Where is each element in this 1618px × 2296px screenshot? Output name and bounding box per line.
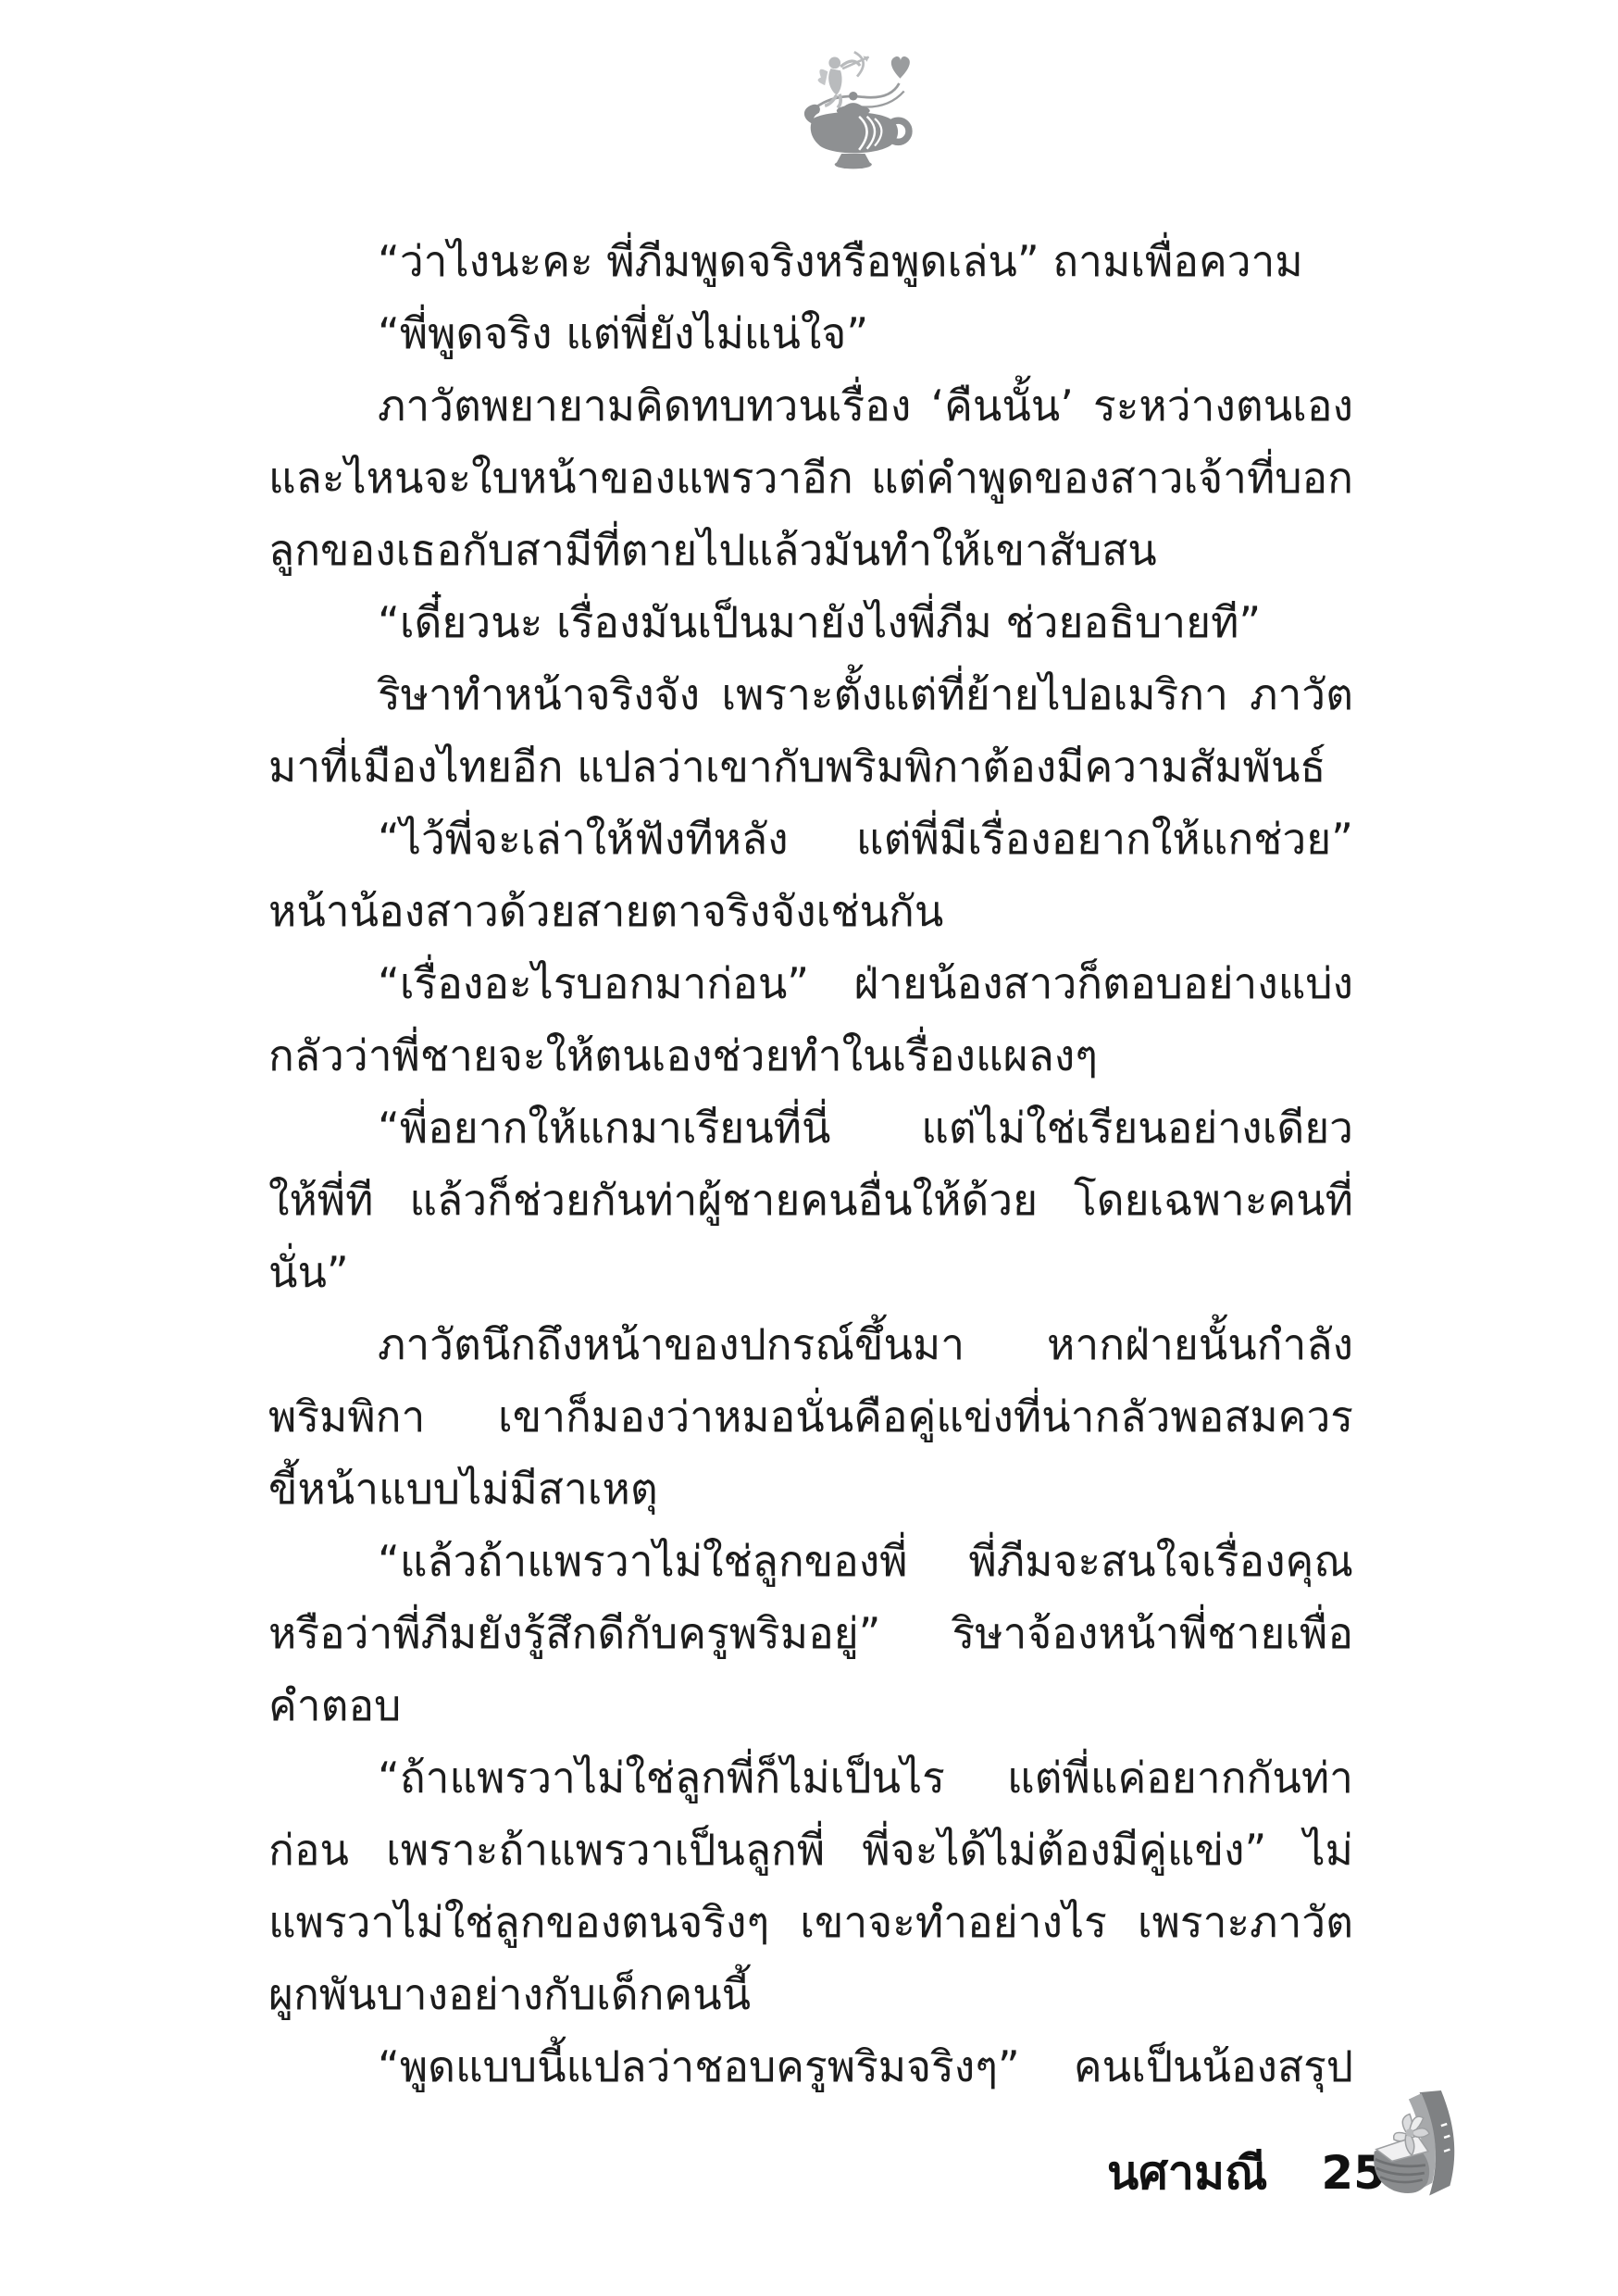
gift-ring-box-ribbon-icon <box>1363 2089 1475 2205</box>
cupid-genie-lamp-icon <box>792 48 922 170</box>
text-line: และไหนจะใบหน้าของแพรวาอีก แต่คำพูดของสาว… <box>268 442 1353 514</box>
text-line: “เดี๋ยวนะ เรื่องมันเป็นมายังไงพี่ภีม ช่ว… <box>268 586 1353 658</box>
text-line: พริมพิกา เขาก็มองว่าหมอนั่นคือคู่แข่งที่… <box>268 1380 1353 1453</box>
text-line: ริษาทำหน้าจริงจัง เพราะตั้งแต่ที่ย้ายไปอ… <box>268 658 1353 730</box>
text-line: ภาวัตพยายามคิดทบทวนเรื่อง ‘คืนนั้น’ ระหว… <box>268 369 1353 442</box>
text-line: มาที่เมืองไทยอีก แปลว่าเขากับพริมพิกาต้อ… <box>268 730 1353 803</box>
text-line: “พี่พูดจริง แต่พี่ยังไม่แน่ใจ” <box>268 297 1353 369</box>
text-line: ผูกพันบางอย่างกับเด็กคนนี้ <box>268 1958 1353 2030</box>
text-block: “ว่าไงนะคะ พี่ภีมพูดจริงหรือพูดเล่น” ถาม… <box>268 225 1353 2103</box>
text-line: กลัวว่าพี่ชายจะให้ตนเองช่วยทำในเรื่องแผล… <box>268 1019 1353 1092</box>
text-line: “พูดแบบนี้แปลว่าชอบครูพริมจริงๆ” คนเป็นน… <box>268 2030 1353 2103</box>
text-line: ภาวัตนึกถึงหน้าของปกรณ์ขึ้นมา หากฝ่ายนั้… <box>268 1308 1353 1380</box>
header-ornament <box>792 48 922 170</box>
text-line: “แล้วถ้าแพรวาไม่ใช่ลูกของพี่ พี่ภีมจะสนใ… <box>268 1525 1353 1597</box>
text-line: คำตอบ <box>268 1669 1353 1741</box>
text-line: ให้พี่ที แล้วก็ช่วยกันท่าผู้ชายคนอื่นให้… <box>268 1164 1353 1236</box>
text-line: “พี่อยากให้แกมาเรียนที่นี่ แต่ไม่ใช่เรีย… <box>268 1092 1353 1164</box>
text-line: ลูกของเธอกับสามีที่ตายไปแล้วมันทำให้เขาส… <box>268 514 1353 586</box>
text-line: หรือว่าพี่ภีมยังรู้สึกดีกับครูพริมอยู่” … <box>268 1597 1353 1669</box>
text-line: “เรื่องอะไรบอกมาก่อน” ฝ่ายน้องสาวก็ตอบอย… <box>268 947 1353 1019</box>
text-line: ก่อน เพราะถ้าแพรวาเป็นลูกพี่ พี่จะได้ไม่… <box>268 1814 1353 1886</box>
text-line: ขี้หน้าแบบไม่มีสาเหตุ <box>268 1453 1353 1525</box>
text-line: หน้าน้องสาวด้วยสายตาจริงจังเช่นกัน <box>268 875 1353 947</box>
text-line: “ถ้าแพรวาไม่ใช่ลูกพี่ก็ไม่เป็นไร แต่พี่แ… <box>268 1741 1353 1814</box>
text-line: “ไว้พี่จะเล่าให้ฟังทีหลัง แต่พี่มีเรื่อง… <box>268 803 1353 875</box>
page-footer: นศามณี 25 <box>1107 2137 1386 2210</box>
book-page: “ว่าไงนะคะ พี่ภีมพูดจริงหรือพูดเล่น” ถาม… <box>0 0 1618 2296</box>
book-title: นศามณี <box>1107 2137 1267 2210</box>
text-line: นั่น” <box>268 1236 1353 1308</box>
text-line: แพรวาไม่ใช่ลูกของตนจริงๆ เขาจะทำอย่างไร … <box>268 1886 1353 1958</box>
text-line: “ว่าไงนะคะ พี่ภีมพูดจริงหรือพูดเล่น” ถาม… <box>268 225 1353 297</box>
footer-ornament <box>1363 2089 1475 2205</box>
